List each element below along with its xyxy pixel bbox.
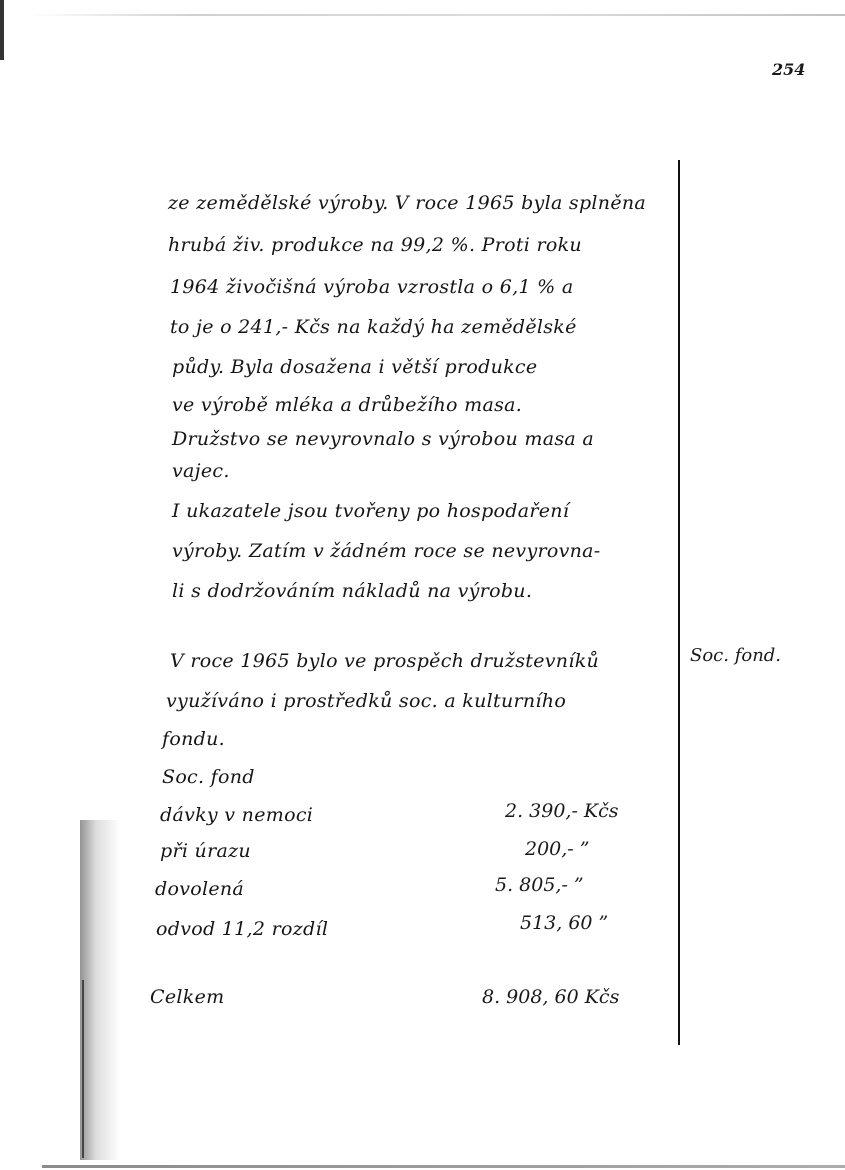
scan-edge-bottom <box>42 1165 845 1168</box>
margin-rule <box>678 160 680 1045</box>
text-line: Družstvo se nevyrovnalo s výrobou masa a <box>172 428 594 450</box>
fund-row-amount: 2. 390,- Kčs <box>505 800 619 822</box>
text-line: fondu. <box>162 728 225 750</box>
fund-row-amount: 513, 60 ” <box>520 912 608 934</box>
text-line: vajec. <box>172 460 230 482</box>
fund-row-label: dávky v nemoci <box>160 804 313 826</box>
fund-row-amount: 5. 805,- ” <box>495 874 584 896</box>
text-line: I ukazatele jsou tvořeny po hospodaření <box>172 500 569 522</box>
fund-row-label: dovolená <box>155 878 244 900</box>
fund-total-amount: 8. 908, 60 Kčs <box>482 986 619 1008</box>
scan-edge-top <box>30 14 845 16</box>
text-line: využíváno i prostředků soc. a kulturního <box>166 690 566 712</box>
text-line: hrubá živ. produkce na 99,2 %. Proti rok… <box>168 234 582 256</box>
text-line: 1964 živočišná výroba vzrostla o 6,1 % a <box>170 276 574 298</box>
scan-shadow-left <box>80 820 120 1160</box>
text-line: ze zemědělské výroby. V roce 1965 byla s… <box>168 192 646 214</box>
fund-heading: Soc. fond <box>162 766 255 788</box>
text-line: půdy. Byla dosažena i větší produkce <box>172 356 537 378</box>
scan-edge-left <box>82 980 84 1158</box>
scan-edge-top-left <box>0 0 4 60</box>
page-number: 254 <box>772 60 805 79</box>
fund-row-label: odvod 11,2 rozdíl <box>156 918 328 940</box>
text-line: výroby. Zatím v žádném roce se nevyrovna… <box>172 540 601 562</box>
fund-row-label: při úrazu <box>160 840 251 862</box>
fund-row-amount: 200,- ” <box>525 838 589 860</box>
text-line: V roce 1965 bylo ve prospěch družstevník… <box>170 650 599 672</box>
text-line: to je o 241,- Kčs na každý ha zemědělské <box>170 316 577 338</box>
fund-total-label: Celkem <box>150 986 224 1008</box>
text-line: li s dodržováním nákladů na výrobu. <box>172 580 532 602</box>
text-line: ve výrobě mléka a drůbežího masa. <box>172 394 522 416</box>
margin-note: Soc. fond. <box>690 645 781 666</box>
